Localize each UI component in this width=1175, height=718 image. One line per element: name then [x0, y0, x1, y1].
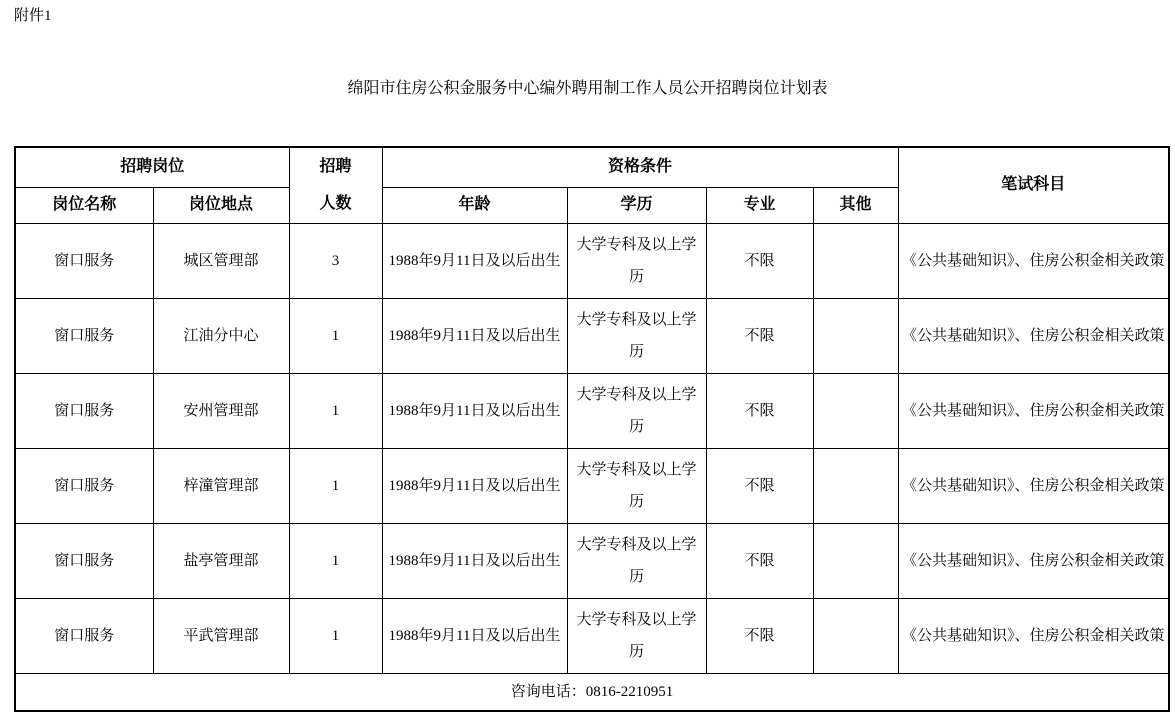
cell-education: 大学专科及以上学历 [567, 598, 706, 673]
header-headcount: 招聘人数 [289, 147, 382, 223]
cell-major: 不限 [706, 448, 813, 523]
cell-education: 大学专科及以上学历 [567, 523, 706, 598]
cell-location: 城区管理部 [153, 223, 289, 298]
cell-position: 窗口服务 [15, 448, 153, 523]
header-position-location: 岗位地点 [153, 187, 289, 223]
header-position-name: 岗位名称 [15, 187, 153, 223]
cell-other [813, 298, 898, 373]
header-headcount-label: 招聘人数 [320, 148, 352, 222]
table-row: 窗口服务 梓潼管理部 1 1988年9月11日及以后出生 大学专科及以上学历 不… [15, 448, 1169, 523]
header-other: 其他 [813, 187, 898, 223]
cell-major: 不限 [706, 523, 813, 598]
cell-exam: 《公共基础知识》、住房公积金相关政策 [898, 223, 1169, 298]
table-row: 窗口服务 江油分中心 1 1988年9月11日及以后出生 大学专科及以上学历 不… [15, 298, 1169, 373]
cell-major: 不限 [706, 223, 813, 298]
table-row: 窗口服务 平武管理部 1 1988年9月11日及以后出生 大学专科及以上学历 不… [15, 598, 1169, 673]
header-recruit-position-group: 招聘岗位 [15, 147, 289, 187]
cell-headcount: 1 [289, 523, 382, 598]
cell-education: 大学专科及以上学历 [567, 448, 706, 523]
cell-other [813, 373, 898, 448]
cell-other [813, 223, 898, 298]
table-footer-row: 咨询电话：0816-2210951 [15, 673, 1169, 711]
attachment-label: 附件1 [14, 7, 52, 26]
cell-headcount: 1 [289, 448, 382, 523]
cell-headcount: 1 [289, 598, 382, 673]
cell-exam: 《公共基础知识》、住房公积金相关政策 [898, 298, 1169, 373]
cell-age: 1988年9月11日及以后出生 [382, 298, 567, 373]
cell-location: 安州管理部 [153, 373, 289, 448]
cell-location: 盐亭管理部 [153, 523, 289, 598]
cell-education: 大学专科及以上学历 [567, 373, 706, 448]
table-row: 窗口服务 安州管理部 1 1988年9月11日及以后出生 大学专科及以上学历 不… [15, 373, 1169, 448]
cell-position: 窗口服务 [15, 523, 153, 598]
table-row: 窗口服务 城区管理部 3 1988年9月11日及以后出生 大学专科及以上学历 不… [15, 223, 1169, 298]
cell-other [813, 598, 898, 673]
cell-position: 窗口服务 [15, 298, 153, 373]
cell-age: 1988年9月11日及以后出生 [382, 598, 567, 673]
cell-age: 1988年9月11日及以后出生 [382, 448, 567, 523]
cell-exam: 《公共基础知识》、住房公积金相关政策 [898, 523, 1169, 598]
cell-major: 不限 [706, 598, 813, 673]
cell-other [813, 448, 898, 523]
cell-position: 窗口服务 [15, 223, 153, 298]
cell-position: 窗口服务 [15, 598, 153, 673]
cell-headcount: 1 [289, 373, 382, 448]
contact-phone: 咨询电话：0816-2210951 [15, 673, 1169, 711]
cell-age: 1988年9月11日及以后出生 [382, 373, 567, 448]
page-title: 绵阳市住房公积金服务中心编外聘用制工作人员公开招聘岗位计划表 [0, 79, 1175, 99]
cell-other [813, 523, 898, 598]
header-written-exam: 笔试科目 [898, 147, 1169, 223]
cell-major: 不限 [706, 298, 813, 373]
cell-exam: 《公共基础知识》、住房公积金相关政策 [898, 448, 1169, 523]
cell-headcount: 3 [289, 223, 382, 298]
cell-position: 窗口服务 [15, 373, 153, 448]
cell-location: 平武管理部 [153, 598, 289, 673]
cell-headcount: 1 [289, 298, 382, 373]
header-major: 专业 [706, 187, 813, 223]
cell-exam: 《公共基础知识》、住房公积金相关政策 [898, 598, 1169, 673]
header-age: 年龄 [382, 187, 567, 223]
recruitment-table: 招聘岗位 招聘人数 资格条件 笔试科目 岗位名称 岗位地点 年龄 学历 专业 其… [14, 146, 1170, 712]
cell-exam: 《公共基础知识》、住房公积金相关政策 [898, 373, 1169, 448]
cell-location: 梓潼管理部 [153, 448, 289, 523]
cell-age: 1988年9月11日及以后出生 [382, 523, 567, 598]
document-page: 附件1 绵阳市住房公积金服务中心编外聘用制工作人员公开招聘岗位计划表 招聘岗位 … [0, 0, 1175, 718]
cell-education: 大学专科及以上学历 [567, 298, 706, 373]
table-row: 窗口服务 盐亭管理部 1 1988年9月11日及以后出生 大学专科及以上学历 不… [15, 523, 1169, 598]
header-education: 学历 [567, 187, 706, 223]
cell-age: 1988年9月11日及以后出生 [382, 223, 567, 298]
table-header-row-1: 招聘岗位 招聘人数 资格条件 笔试科目 [15, 147, 1169, 187]
cell-location: 江油分中心 [153, 298, 289, 373]
cell-education: 大学专科及以上学历 [567, 223, 706, 298]
cell-major: 不限 [706, 373, 813, 448]
header-qualification-group: 资格条件 [382, 147, 898, 187]
